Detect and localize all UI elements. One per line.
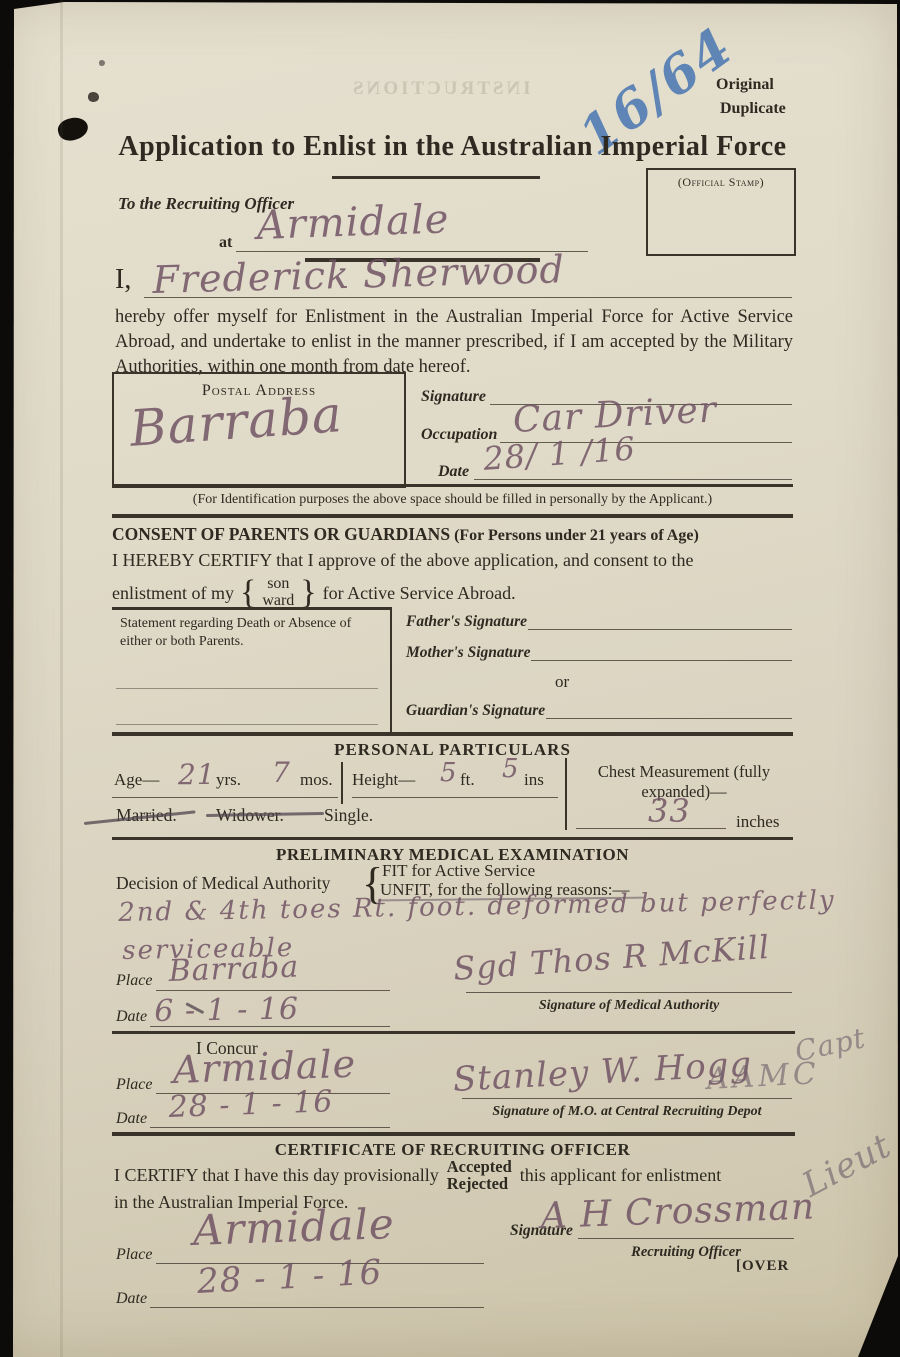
height-ft-handwriting: 5	[440, 758, 458, 788]
consent-line2-pre: enlistment of my	[112, 583, 234, 604]
mother-signature-line	[531, 660, 792, 661]
statement-blank-line-1	[116, 688, 378, 689]
bleedthrough-text: INSTRUCTIONS	[350, 78, 531, 100]
certificate-place-label: Place	[116, 1246, 152, 1264]
official-stamp-label: (Official Stamp)	[648, 175, 794, 190]
concur-rule-bottom	[112, 1132, 795, 1136]
certificate-body-row: I CERTIFY that I have this day provision…	[114, 1158, 814, 1193]
consent-heading-sub: (For Persons under 21 years of Age)	[454, 527, 699, 544]
single-label: Single.	[324, 805, 373, 826]
concur-date-label: Date	[116, 1110, 147, 1128]
certificate-date-line	[150, 1307, 484, 1308]
accepted-option: Accepted	[447, 1158, 512, 1175]
certificate-place-handwriting: Armidale	[192, 1199, 395, 1255]
concur-place-label: Place	[116, 1076, 152, 1094]
title-underline	[332, 176, 540, 179]
identification-rule-top	[112, 484, 793, 487]
form-title: Application to Enlist in the Australian …	[112, 131, 793, 163]
chest-value-handwriting: 33	[648, 792, 691, 830]
age-label: Age—	[114, 770, 159, 790]
over-label: [OVER	[736, 1258, 789, 1275]
rejected-option: Rejected	[447, 1175, 512, 1192]
medical-signature-line	[466, 992, 792, 993]
medical-authority-caption: Signature of Medical Authority	[466, 998, 792, 1014]
scanned-document: INSTRUCTIONS Original Duplicate 16/64 Ap…	[0, 0, 900, 1357]
medical-date-handwriting: 6 - 1 - 16	[154, 991, 299, 1029]
date-label: Date	[438, 463, 469, 481]
certificate-body-pre: I CERTIFY that I have this day provision…	[114, 1165, 439, 1186]
height-label: Height—	[352, 770, 415, 790]
ft-label: ft.	[460, 770, 475, 790]
mo-caption: Signature of M.O. at Central Recruiting …	[462, 1104, 792, 1120]
statement-label: Statement regarding Death or Absence of …	[120, 615, 382, 651]
concur-date-line	[150, 1127, 390, 1128]
particulars-divider-1	[341, 762, 343, 804]
chest-field-line	[576, 828, 726, 829]
i-label: I,	[115, 264, 131, 296]
mother-signature-label: Mother's Signature	[406, 644, 530, 662]
consent-line2-post: for Active Service Abroad.	[323, 583, 516, 604]
official-stamp-box: (Official Stamp)	[646, 168, 796, 256]
medical-rule-bottom	[112, 1031, 795, 1034]
guardian-signature-label: Guardian's Signature	[406, 702, 545, 720]
certificate-body-post: this applicant for enlistment	[520, 1165, 721, 1186]
consent-heading: CONSENT OF PARENTS OR GUARDIANS	[112, 524, 450, 544]
particulars-divider-2	[565, 758, 567, 830]
fit-option: FIT for Active Service	[382, 861, 535, 881]
date-field-line	[474, 479, 792, 480]
height-field-line	[352, 797, 558, 798]
paper-speck	[99, 60, 105, 66]
father-signature-line	[528, 629, 792, 630]
personal-rule-bottom	[112, 837, 793, 840]
identification-rule-bottom	[112, 514, 793, 518]
decision-label: Decision of Medical Authority	[116, 873, 330, 894]
duplicate-label: Duplicate	[720, 100, 786, 118]
height-ins-handwriting: 5	[502, 754, 520, 784]
consent-body-line1: I HEREBY CERTIFY that I approve of the a…	[112, 550, 793, 571]
inches-label: inches	[736, 812, 779, 832]
mo-corps-handwriting: AAMC	[706, 1056, 821, 1097]
at-value-handwriting: Armidale	[256, 196, 450, 249]
concur-date-handwriting: 28 - 1 - 16	[168, 1084, 334, 1125]
paper-blemish	[88, 92, 99, 102]
ins-label: ins	[524, 770, 544, 790]
identification-note: (For Identification purposes the above s…	[112, 492, 793, 508]
statement-divider	[390, 607, 392, 733]
father-signature-label: Father's Signature	[406, 613, 527, 631]
at-label: at	[219, 234, 232, 252]
brace-open: {	[240, 576, 256, 610]
signature-label: Signature	[421, 388, 486, 406]
brace-close: }	[300, 576, 316, 610]
or-label: or	[555, 672, 569, 692]
declaration-paragraph: hereby offer myself for Enlistment in th…	[115, 305, 793, 380]
medical-place-handwriting: Barraba	[168, 949, 300, 989]
guardian-signature-line	[546, 718, 792, 719]
medical-date-label: Date	[116, 1008, 147, 1026]
statement-blank-line-2	[116, 724, 378, 725]
age-mos-handwriting: 7	[272, 756, 291, 789]
certificate-date-label: Date	[116, 1290, 147, 1308]
age-field-line	[112, 797, 338, 798]
consent-heading-row: CONSENT OF PARENTS OR GUARDIANS (For Per…	[112, 524, 793, 545]
medical-place-label: Place	[116, 972, 152, 990]
statement-rule-top	[112, 607, 390, 610]
consent-rule-bottom	[112, 732, 793, 736]
personal-heading: PERSONAL PARTICULARS	[112, 740, 793, 760]
brace-son: son	[262, 576, 294, 593]
certificate-signature-line	[578, 1238, 794, 1239]
yrs-label: yrs.	[216, 770, 241, 790]
age-yrs-handwriting: 21	[178, 758, 216, 791]
mos-label: mos.	[300, 770, 333, 790]
mo-signature-line	[462, 1098, 792, 1099]
